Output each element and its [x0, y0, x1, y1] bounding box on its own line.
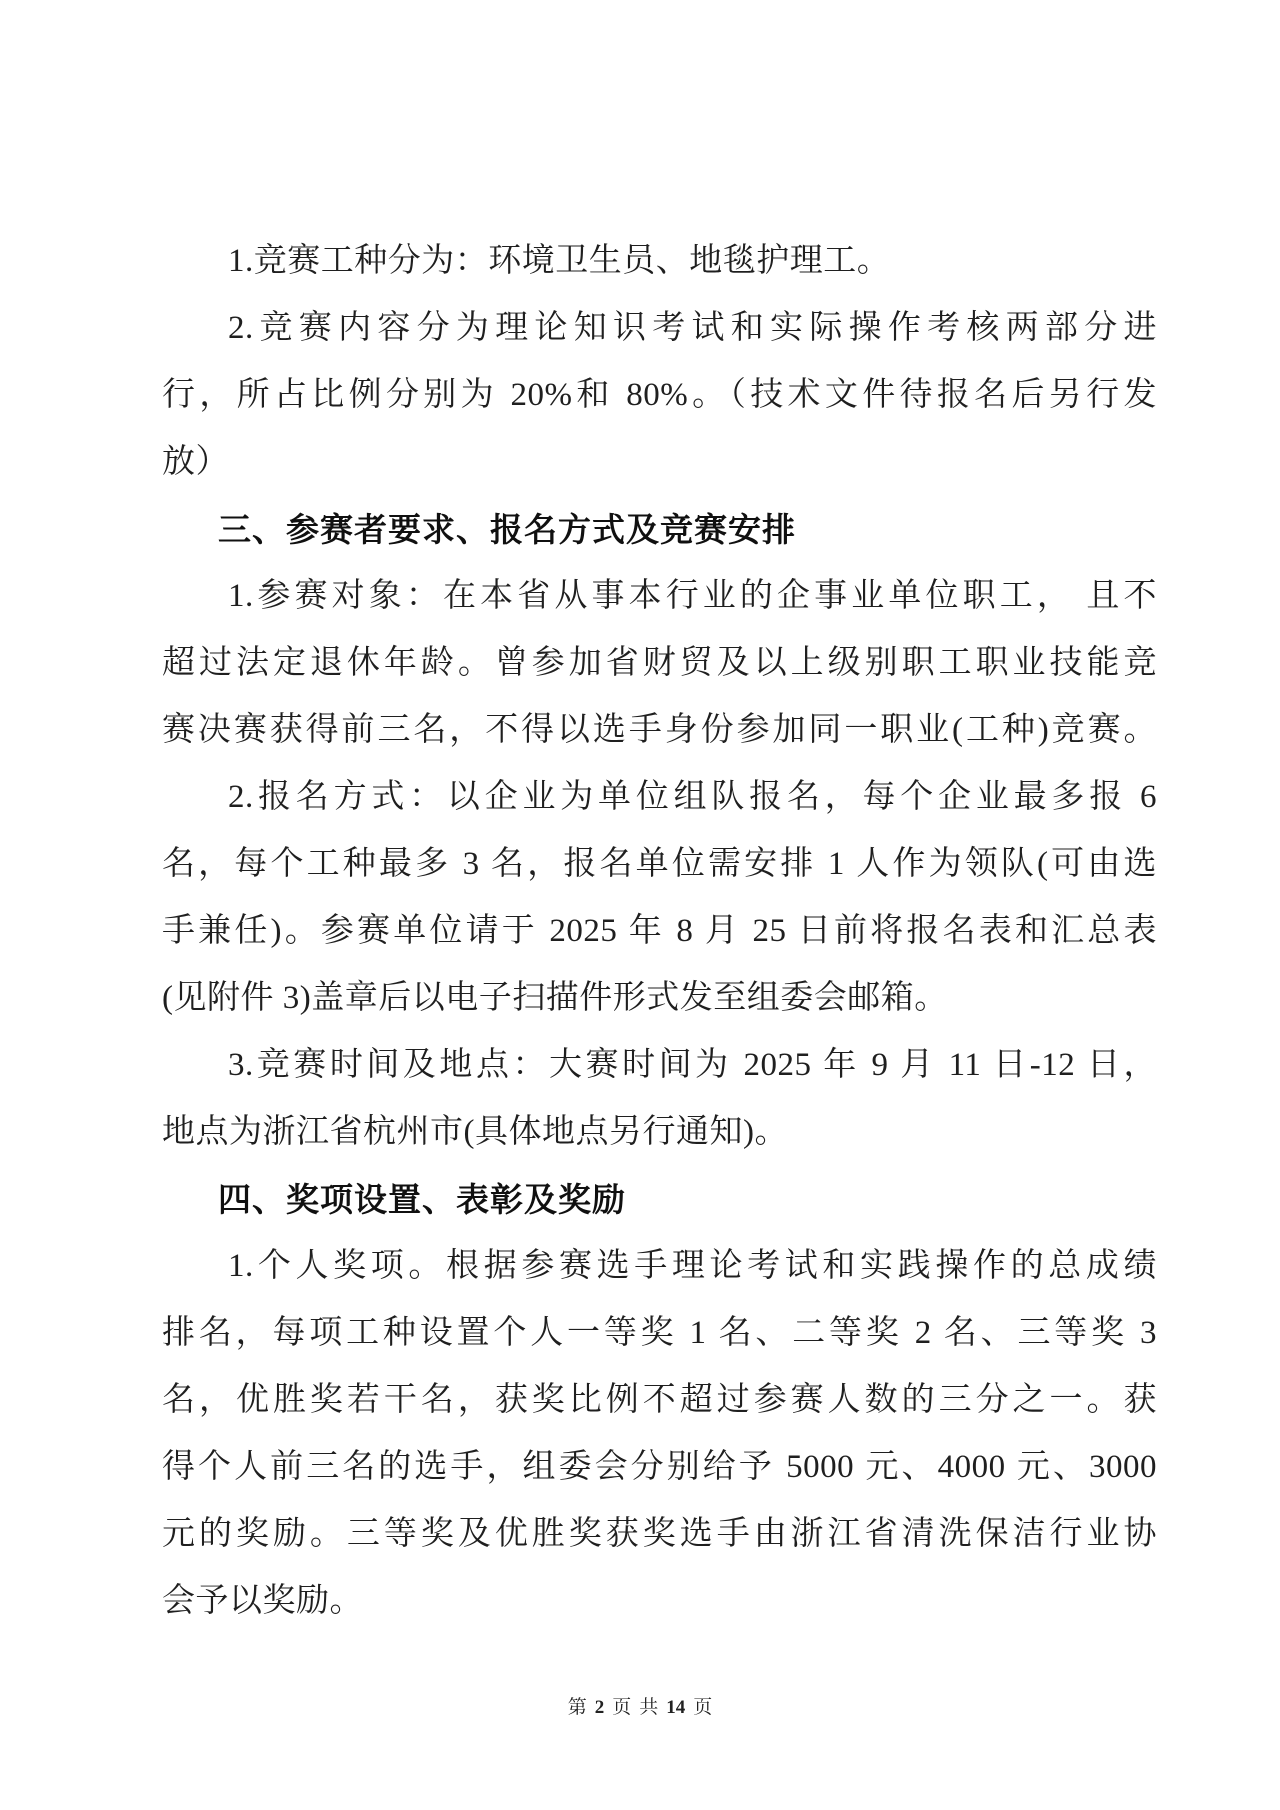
- text-line: 手兼任)。参赛单位请于 2025 年 8 月 25 日前将报名表和汇总表: [162, 898, 1157, 965]
- section-heading: 三、参赛者要求、报名方式及竞赛安排: [162, 496, 1157, 563]
- footer-total-pages: 14: [666, 1697, 685, 1718]
- footer-label-gong: 共: [639, 1697, 658, 1718]
- text-line: 放）: [162, 429, 1157, 496]
- text-line: 排名，每项工种设置个人一等奖 1 名、二等奖 2 名、三等奖 3: [162, 1300, 1157, 1367]
- text-line: 元的奖励。三等奖及优胜奖获奖选手由浙江省清洗保洁行业协: [162, 1501, 1157, 1568]
- footer-label-ye2: 页: [693, 1697, 712, 1718]
- section-heading: 四、奖项设置、表彰及奖励: [162, 1166, 1157, 1233]
- text-line: 2.竞赛内容分为理论知识考试和实际操作考核两部分进: [162, 295, 1157, 362]
- page-footer: 第2页共14页: [0, 1692, 1280, 1719]
- footer-label-di: 第: [568, 1697, 587, 1718]
- text-line: 地点为浙江省杭州市(具体地点另行通知)。: [162, 1099, 1157, 1166]
- footer-label-ye1: 页: [612, 1697, 631, 1718]
- text-line: 会予以奖励。: [162, 1568, 1157, 1635]
- text-line: 名，优胜奖若干名，获奖比例不超过参赛人数的三分之一。获: [162, 1367, 1157, 1434]
- text-line: (见附件 3)盖章后以电子扫描件形式发至组委会邮箱。: [162, 965, 1157, 1032]
- text-line: 2.报名方式：以企业为单位组队报名，每个企业最多报 6: [162, 764, 1157, 831]
- text-line: 3.竞赛时间及地点：大赛时间为 2025 年 9 月 11 日-12 日，: [162, 1032, 1157, 1099]
- text-line: 行，所占比例分别为 20%和 80%。（技术文件待报名后另行发: [162, 362, 1157, 429]
- text-line: 1.参赛对象：在本省从事本行业的企事业单位职工， 且不: [162, 563, 1157, 630]
- text-line: 1.个人奖项。根据参赛选手理论考试和实践操作的总成绩: [162, 1233, 1157, 1300]
- text-line: 1.竞赛工种分为：环境卫生员、地毯护理工。: [162, 228, 1157, 295]
- document-body: 1.竞赛工种分为：环境卫生员、地毯护理工。2.竞赛内容分为理论知识考试和实际操作…: [162, 228, 1157, 1635]
- text-line: 名，每个工种最多 3 名，报名单位需安排 1 人作为领队(可由选: [162, 831, 1157, 898]
- text-line: 得个人前三名的选手，组委会分别给予 5000 元、4000 元、3000: [162, 1434, 1157, 1501]
- text-line: 超过法定退休年龄。曾参加省财贸及以上级别职工职业技能竞: [162, 630, 1157, 697]
- text-line: 赛决赛获得前三名，不得以选手身份参加同一职业(工种)竞赛。: [162, 697, 1157, 764]
- document-page: 1.竞赛工种分为：环境卫生员、地毯护理工。2.竞赛内容分为理论知识考试和实际操作…: [0, 0, 1280, 1810]
- footer-page-number: 2: [595, 1697, 605, 1718]
